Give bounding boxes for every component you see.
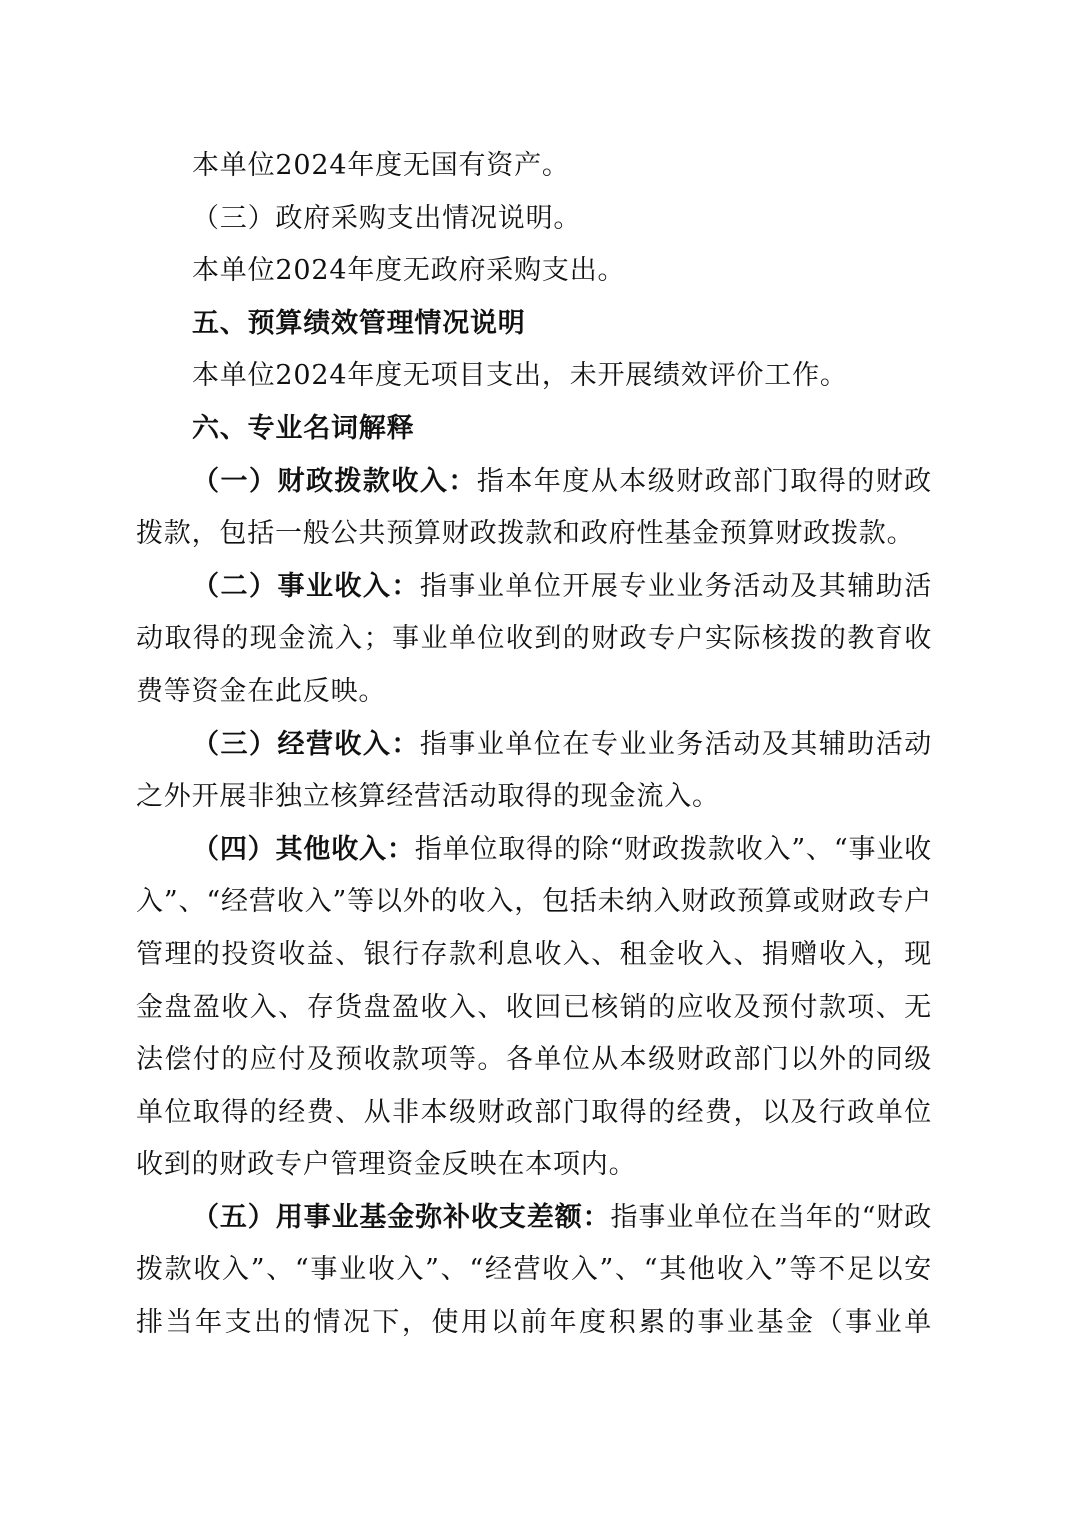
document-page: 本单位2024年度无国有资产。 （三）政府采购支出情况说明。 本单位2024年度… <box>136 140 932 1350</box>
definition-fiscal-appropriation-income: （一）财政拨款收入：指本年度从本级财政部门取得的财政拨款，包括一般公共预算财政拨… <box>136 456 932 561</box>
paragraph-no-procurement: 本单位2024年度无政府采购支出。 <box>136 245 932 298</box>
paragraph-no-project-expenditure: 本单位2024年度无项目支出，未开展绩效评价工作。 <box>136 350 932 403</box>
paragraph-no-state-assets: 本单位2024年度无国有资产。 <box>136 140 932 193</box>
definition-operating-income: （三）经营收入：指事业单位在专业业务活动及其辅助活动之外开展非独立核算经营活动取… <box>136 719 932 824</box>
definition-term: （四）其他收入： <box>192 834 415 865</box>
definition-business-fund-offset: （五）用事业基金弥补收支差额：指事业单位在当年的“财政拨款收入”、“事业收入”、… <box>136 1192 932 1350</box>
subheading-government-procurement: （三）政府采购支出情况说明。 <box>136 193 932 246</box>
section-heading-performance-management: 五、预算绩效管理情况说明 <box>136 298 932 351</box>
definition-term: （三）经营收入： <box>192 729 420 760</box>
definition-business-income: （二）事业收入：指事业单位开展专业业务活动及其辅助活动取得的现金流入；事业单位收… <box>136 561 932 719</box>
section-heading-glossary: 六、专业名词解释 <box>136 403 932 456</box>
definition-term: （五）用事业基金弥补收支差额： <box>192 1202 611 1233</box>
definition-term: （二）事业收入： <box>192 571 420 602</box>
definition-text: 指单位取得的除“财政拨款收入”、“事业收入”、“经营收入”等以外的收入，包括未纳… <box>136 834 932 1181</box>
definition-other-income: （四）其他收入：指单位取得的除“财政拨款收入”、“事业收入”、“经营收入”等以外… <box>136 824 932 1192</box>
definition-term: （一）财政拨款收入： <box>192 466 477 497</box>
